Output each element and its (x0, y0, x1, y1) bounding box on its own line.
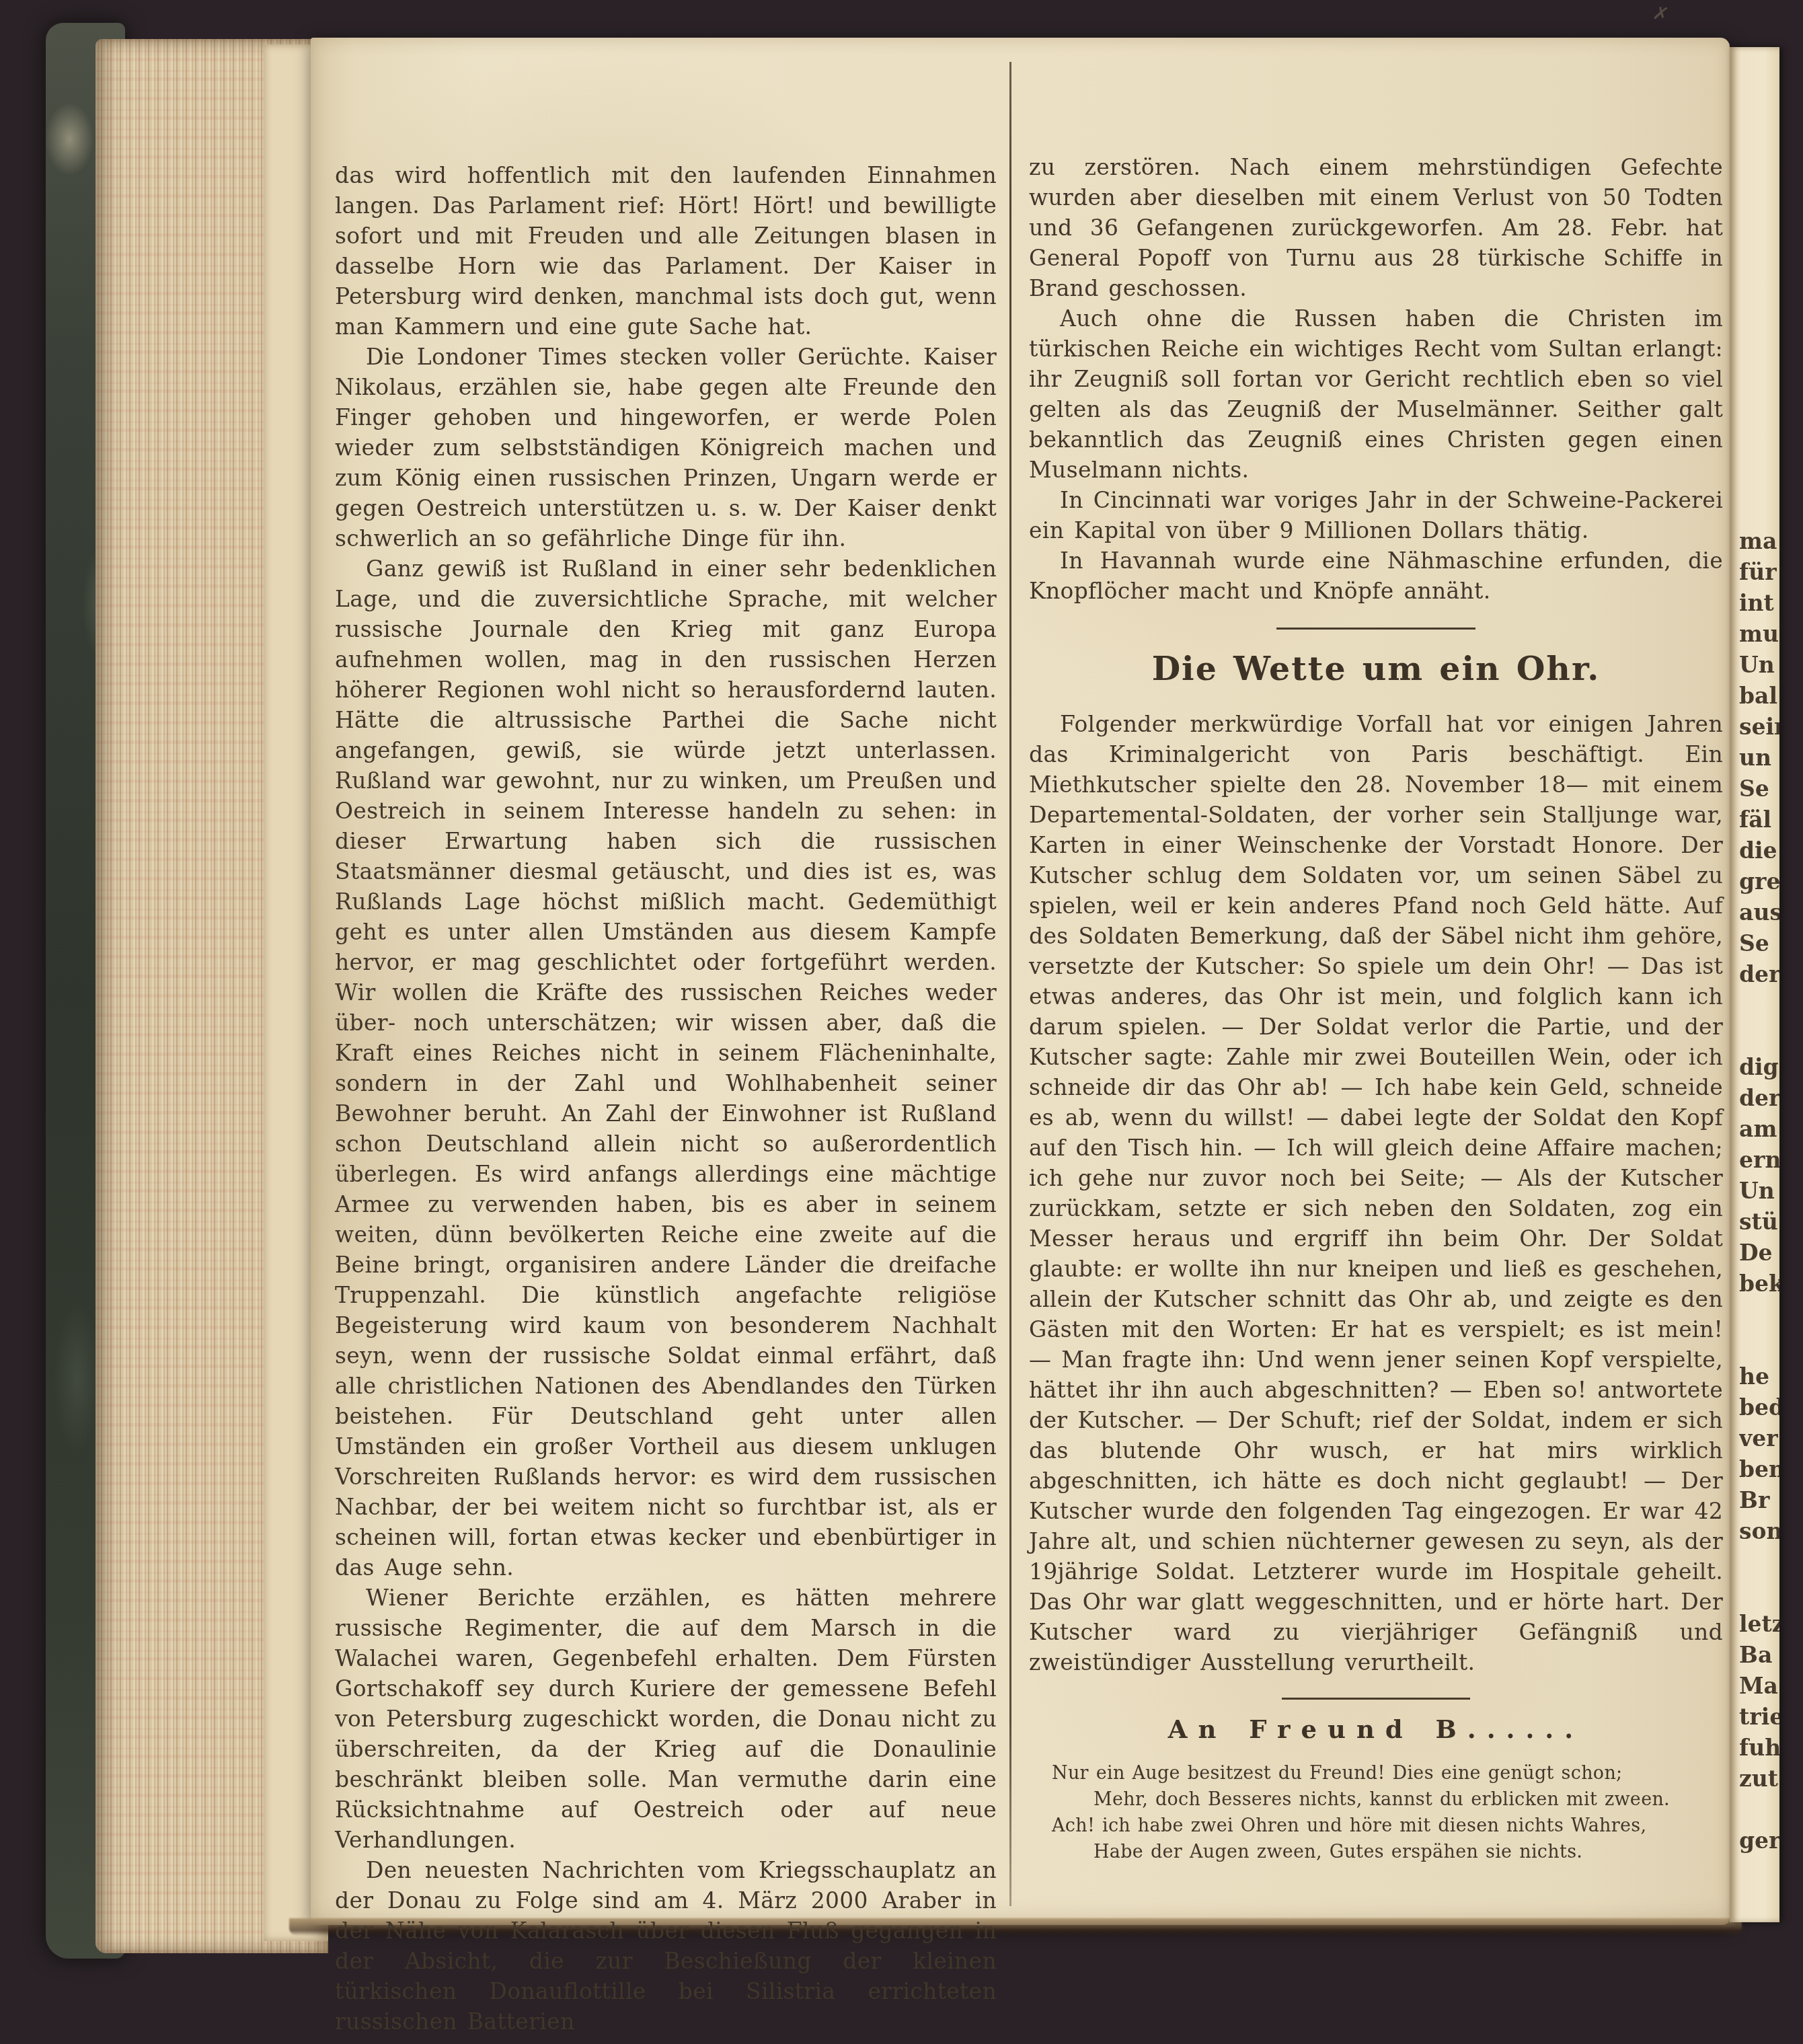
text-fragment (1739, 990, 1779, 1021)
text-fragment: ben (1739, 1454, 1779, 1485)
right-column: zu zerstören. Nach einem mehrstündigen G… (1029, 152, 1723, 1865)
paragraph: In Cincinnati war voriges Jahr in der Sc… (1029, 485, 1723, 545)
text-fragment: Se (1739, 928, 1779, 959)
text-fragment: Ba (1739, 1640, 1779, 1671)
text-fragment: un (1739, 743, 1779, 773)
paragraph: zu zerstören. Nach einem mehrstündigen G… (1029, 152, 1723, 303)
text-fragment: ger (1739, 1825, 1779, 1856)
text-fragment (1739, 1330, 1779, 1361)
text-fragment: De (1739, 1238, 1779, 1269)
text-fragment: trie (1739, 1702, 1779, 1733)
text-fragment: ver (1739, 1423, 1779, 1454)
poem-line: Ach! ich habe zwei Ohren und höre mit di… (1052, 1813, 1723, 1839)
text-fragment: die (1739, 835, 1779, 866)
text-fragment: bek (1739, 1269, 1779, 1299)
text-fragment: bed (1739, 1392, 1779, 1423)
text-fragment (1739, 1794, 1779, 1825)
text-fragment (1739, 1299, 1779, 1330)
text-fragment: Un (1739, 1176, 1779, 1207)
article-body: Folgender merkwürdige Vorfall hat vor ei… (1029, 709, 1723, 1677)
paragraph: das wird hoffentlich mit den laufenden E… (335, 160, 997, 342)
text-fragment: stü (1739, 1207, 1779, 1238)
text-fragment: zut (1739, 1764, 1779, 1794)
text-fragment: bal (1739, 681, 1779, 712)
poem: Nur ein Auge besitzest du Freund! Dies e… (1029, 1760, 1723, 1865)
text-fragment: letz (1739, 1609, 1779, 1640)
text-fragment: ma (1739, 526, 1779, 557)
paragraph: In Havannah wurde eine Nähmaschine erfun… (1029, 545, 1723, 606)
text-fragment: aus (1739, 897, 1779, 928)
text-fragment: fuh (1739, 1733, 1779, 1764)
text-fragment: dig (1739, 1052, 1779, 1083)
text-fragment: am (1739, 1114, 1779, 1145)
text-fragment (1739, 1547, 1779, 1578)
section-divider-rule (1276, 628, 1475, 630)
text-fragment: gre (1739, 866, 1779, 897)
column-divider-rule (1009, 62, 1011, 1906)
text-fragment: Br (1739, 1485, 1779, 1516)
facing-page-text-fragments: mafürintmuUnbalseinunSefäldiegreausSeder… (1739, 526, 1779, 1856)
poem-line: Nur ein Auge besitzest du Freund! Dies e… (1052, 1760, 1723, 1786)
text-fragment: Ma (1739, 1671, 1779, 1702)
poem-line: Mehr, doch Besseres nichts, kannst du er… (1052, 1786, 1723, 1813)
text-fragment: für (1739, 557, 1779, 588)
text-fragment: son (1739, 1516, 1779, 1547)
text-fragment: ern (1739, 1145, 1779, 1176)
article-title: Die Wette um ein Ohr. (1029, 650, 1723, 687)
text-fragment (1739, 1578, 1779, 1609)
text-fragment: der (1739, 1083, 1779, 1114)
poem-line: Habe der Augen zween, Gutes erspähen sie… (1052, 1839, 1723, 1865)
paragraph: Auch ohne die Russen haben die Christen … (1029, 303, 1723, 485)
text-fragment: Un (1739, 650, 1779, 681)
scanned-book-page-photo: das wird hoffentlich mit den laufenden E… (0, 0, 1803, 2044)
text-fragment: mu (1739, 619, 1779, 650)
text-fragment: Se (1739, 773, 1779, 804)
text-fragment: der (1739, 959, 1779, 990)
right-column-news-items: zu zerstören. Nach einem mehrstündigen G… (1029, 152, 1723, 606)
paragraph: Den neuesten Nachrichten vom Kriegsschau… (335, 1855, 997, 2037)
section-divider-rule (1282, 1698, 1470, 1700)
pencil-mark: ✗ (1651, 1, 1671, 26)
text-fragment: int (1739, 588, 1779, 619)
paragraph: Wiener Berichte erzählen, es hätten mehr… (335, 1583, 997, 1855)
facing-page-edge: mafürintmuUnbalseinunSefäldiegreausSeder… (1730, 47, 1779, 1922)
text-fragment: fäl (1739, 804, 1779, 835)
left-column: das wird hoffentlich mit den laufenden E… (335, 160, 997, 2037)
poem-title: An Freund B...... (1029, 1714, 1723, 1744)
text-fragment: he (1739, 1361, 1779, 1392)
paragraph: Die Londoner Times stecken voller Gerüch… (335, 342, 997, 554)
text-fragment: sein (1739, 712, 1779, 743)
paragraph: Ganz gewiß ist Rußland in einer sehr bed… (335, 554, 997, 1583)
text-fragment (1739, 1021, 1779, 1052)
